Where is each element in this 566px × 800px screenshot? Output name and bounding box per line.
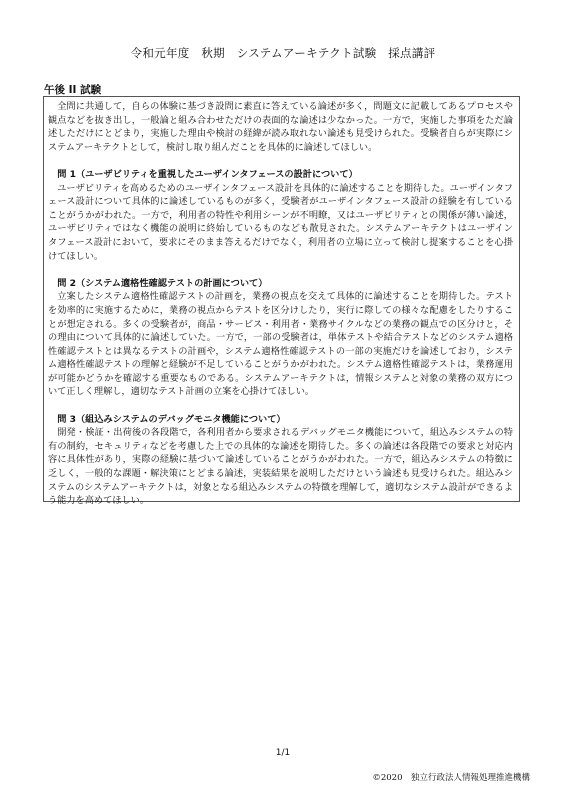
copyright-notice: ©2020 独立行政法人情報処理推進機構 — [372, 771, 530, 783]
review-box: 全問に共通して，自らの体験に基づき設問に素直に答えている論述が多く，問題文に記載… — [43, 96, 520, 502]
question-heading: 問 2（システム適格性確認テストの計画について） — [48, 277, 513, 291]
section-label: 午後 II 試験 — [44, 82, 101, 97]
question-body: ユーザビリティを高めるためのユーザインタフェース設計を具体的に論述することを期待… — [48, 182, 513, 264]
page-number: 1/1 — [0, 748, 566, 758]
document-title: 令和元年度 秋期 システムアーキテクト試験 採点講評 — [0, 45, 566, 61]
question-body: 開発・検証・出荷後の各段階で，各利用者から要求されるデバッグモニタ機能について，… — [48, 426, 513, 508]
question-1: 問 1（ユーザビリティを重視したユーザインタフェースの設計について） ユーザビリ… — [48, 168, 513, 263]
question-body: 立案したシステム適格性確認テストの計画を，業務の視点を交えて具体的に論述すること… — [48, 290, 513, 399]
question-2: 問 2（システム適格性確認テストの計画について） 立案したシステム適格性確認テス… — [48, 277, 513, 399]
question-3: 問 3（組込みシステムのデバッグモニタ機能について） 開発・検証・出荷後の各段階… — [48, 413, 513, 508]
intro-paragraph: 全問に共通して，自らの体験に基づき設問に素直に答えている論述が多く，問題文に記載… — [48, 100, 513, 154]
question-heading: 問 1（ユーザビリティを重視したユーザインタフェースの設計について） — [48, 168, 513, 182]
question-heading: 問 3（組込みシステムのデバッグモニタ機能について） — [48, 413, 513, 427]
